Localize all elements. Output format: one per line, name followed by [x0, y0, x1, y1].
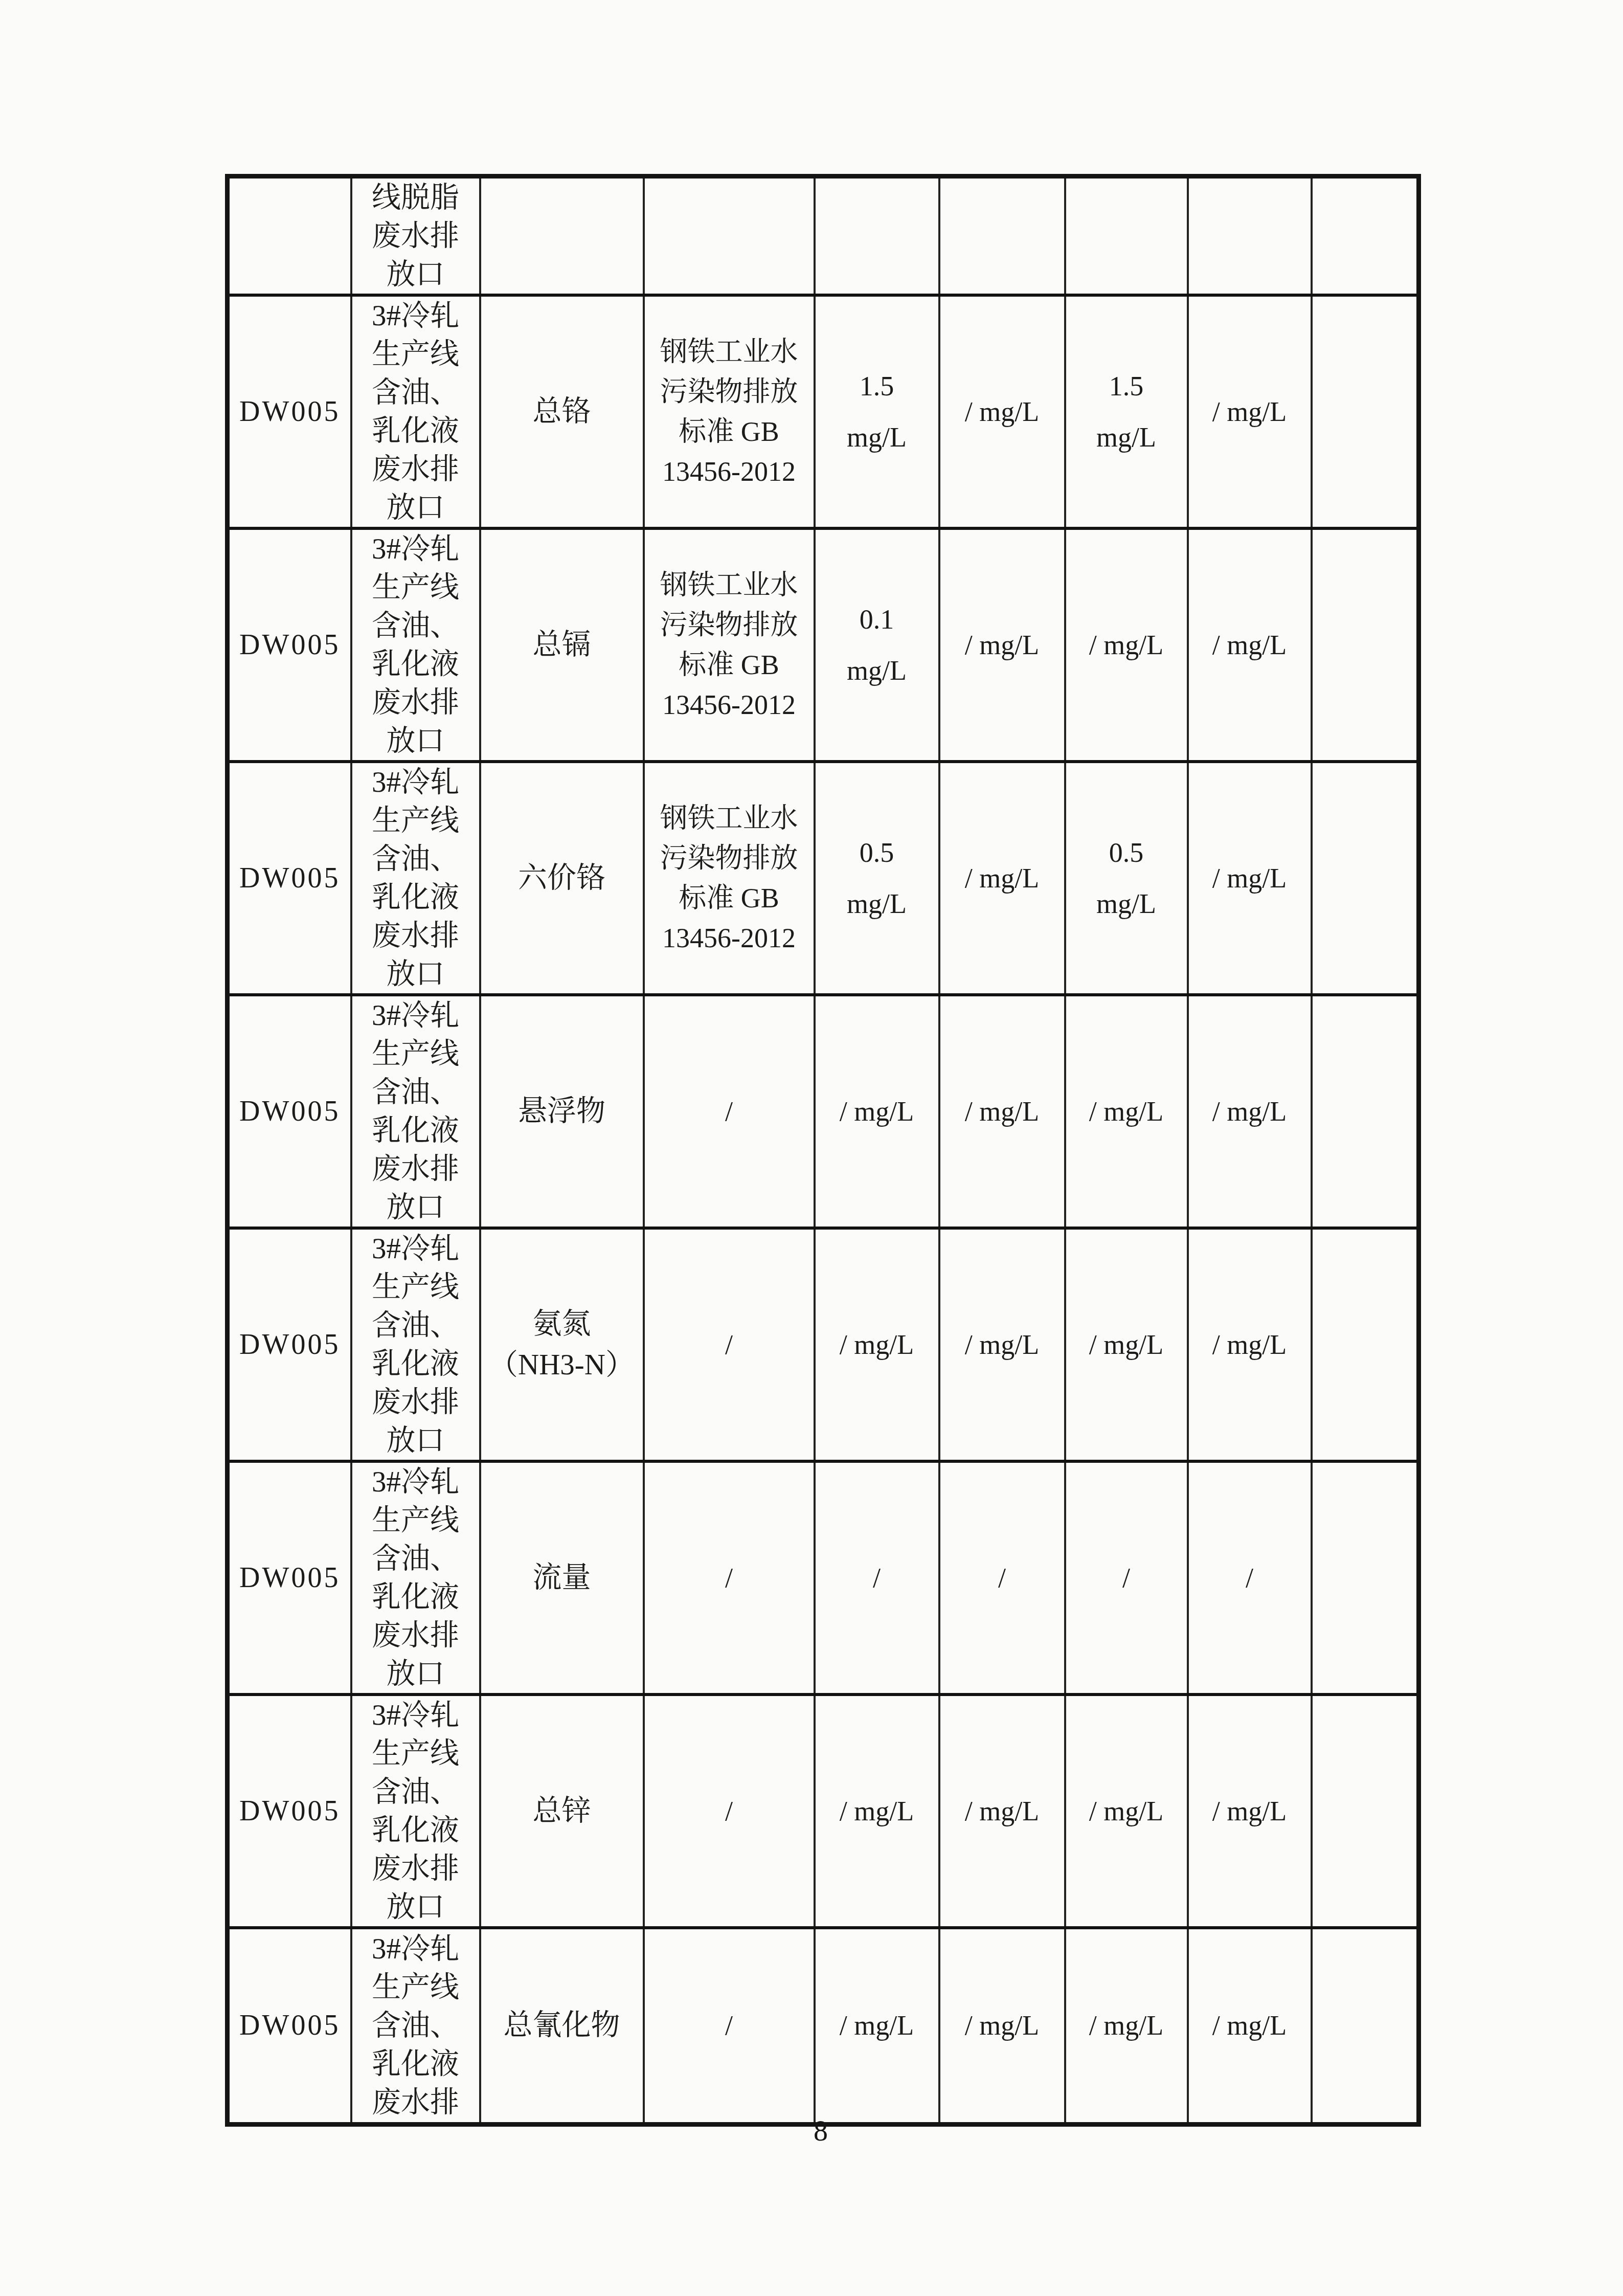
- outlet-code-cell: DW005: [228, 1461, 351, 1695]
- limit-value-cell: 0.5 mg/L: [1065, 762, 1188, 995]
- document-page: 线脱脂 废水排 放口 DW005 3#冷轧 生产线 含油、 乳化液 废水排 放口…: [0, 0, 1623, 2296]
- limit-value-cell: / mg/L: [1188, 1695, 1312, 1928]
- limit-value-cell: / mg/L: [815, 1695, 939, 1928]
- limit-value-cell: / mg/L: [815, 1228, 939, 1461]
- pollutant-cell: [480, 176, 644, 296]
- limit-value-cell: / mg/L: [1188, 295, 1312, 528]
- outlet-name-cell: 3#冷轧 生产线 含油、 乳化液 废水排 放口: [351, 995, 480, 1228]
- empty-cell: [1312, 1695, 1419, 1928]
- limit-value-cell: / mg/L: [1065, 528, 1188, 762]
- pollutant-cell: 总镉: [480, 528, 644, 762]
- table-row: DW005 3#冷轧 生产线 含油、 乳化液 废水排 放口 氨氮 （NH3-N）…: [228, 1228, 1419, 1461]
- outlet-name-cell: 3#冷轧 生产线 含油、 乳化液 废水排 放口: [351, 762, 480, 995]
- limit-value-cell: /: [939, 1461, 1065, 1695]
- standard-cell: 钢铁工业水 污染物排放 标准 GB 13456-2012: [644, 295, 815, 528]
- outlet-name-cell: 3#冷轧 生产线 含油、 乳化液 废水排 放口: [351, 1228, 480, 1461]
- empty-cell: [1312, 995, 1419, 1228]
- limit-value-cell: / mg/L: [1188, 1228, 1312, 1461]
- limit-value-cell: /: [815, 1461, 939, 1695]
- limit-value-cell: / mg/L: [939, 995, 1065, 1228]
- table-row: DW005 3#冷轧 生产线 含油、 乳化液 废水排 放口 流量 / / / /…: [228, 1461, 1419, 1695]
- limit-value-cell: 0.1 mg/L: [815, 528, 939, 762]
- limit-value-cell: / mg/L: [939, 295, 1065, 528]
- limit-value-cell: / mg/L: [1188, 1928, 1312, 2124]
- outlet-name-cell: 3#冷轧 生产线 含油、 乳化液 废水排 放口: [351, 1461, 480, 1695]
- standard-cell: /: [644, 1461, 815, 1695]
- limit-value-cell: / mg/L: [939, 1228, 1065, 1461]
- limit-value-cell: / mg/L: [1188, 995, 1312, 1228]
- limit-value-cell: / mg/L: [939, 762, 1065, 995]
- outlet-name-cell: 线脱脂 废水排 放口: [351, 176, 480, 296]
- limit-value-cell: / mg/L: [815, 995, 939, 1228]
- outlet-code-cell: DW005: [228, 762, 351, 995]
- table-row: DW005 3#冷轧 生产线 含油、 乳化液 废水排 放口 总锌 / / mg/…: [228, 1695, 1419, 1928]
- empty-cell: [1312, 1928, 1419, 2124]
- limit-value-cell: [815, 176, 939, 296]
- limit-value-cell: 1.5 mg/L: [815, 295, 939, 528]
- outlet-name-cell: 3#冷轧 生产线 含油、 乳化液 废水排 放口: [351, 295, 480, 528]
- standard-cell: [644, 176, 815, 296]
- limit-value-cell: / mg/L: [1065, 1928, 1188, 2124]
- standard-cell: 钢铁工业水 污染物排放 标准 GB 13456-2012: [644, 528, 815, 762]
- outlet-code-cell: [228, 176, 351, 296]
- table-row: DW005 3#冷轧 生产线 含油、 乳化液 废水排 放口 总铬 钢铁工业水 污…: [228, 295, 1419, 528]
- table-row: DW005 3#冷轧 生产线 含油、 乳化液 废水排 总氰化物 / / mg/L…: [228, 1928, 1419, 2124]
- limit-value-cell: / mg/L: [1065, 1695, 1188, 1928]
- limit-value-cell: / mg/L: [939, 528, 1065, 762]
- empty-cell: [1312, 528, 1419, 762]
- standard-cell: /: [644, 1695, 815, 1928]
- standard-cell: /: [644, 1928, 815, 2124]
- limit-value-cell: / mg/L: [1188, 528, 1312, 762]
- limit-value-cell: / mg/L: [939, 1928, 1065, 2124]
- limit-value-cell: 0.5 mg/L: [815, 762, 939, 995]
- monitoring-table: 线脱脂 废水排 放口 DW005 3#冷轧 生产线 含油、 乳化液 废水排 放口…: [225, 174, 1421, 2127]
- table-row-continued: 线脱脂 废水排 放口: [228, 176, 1419, 296]
- standard-cell: /: [644, 1228, 815, 1461]
- limit-value-cell: [1065, 176, 1188, 296]
- outlet-code-cell: DW005: [228, 1228, 351, 1461]
- limit-value-cell: /: [1065, 1461, 1188, 1695]
- empty-cell: [1312, 1461, 1419, 1695]
- outlet-name-cell: 3#冷轧 生产线 含油、 乳化液 废水排 放口: [351, 528, 480, 762]
- pollutant-cell: 总氰化物: [480, 1928, 644, 2124]
- table-row: DW005 3#冷轧 生产线 含油、 乳化液 废水排 放口 六价铬 钢铁工业水 …: [228, 762, 1419, 995]
- outlet-code-cell: DW005: [228, 1695, 351, 1928]
- pollutant-cell: 总锌: [480, 1695, 644, 1928]
- outlet-code-cell: DW005: [228, 995, 351, 1228]
- pollutant-cell: 六价铬: [480, 762, 644, 995]
- limit-value-cell: 1.5 mg/L: [1065, 295, 1188, 528]
- limit-value-cell: [939, 176, 1065, 296]
- table-row: DW005 3#冷轧 生产线 含油、 乳化液 废水排 放口 总镉 钢铁工业水 污…: [228, 528, 1419, 762]
- standard-cell: /: [644, 995, 815, 1228]
- pollutant-cell: 总铬: [480, 295, 644, 528]
- empty-cell: [1312, 1228, 1419, 1461]
- limit-value-cell: / mg/L: [1065, 995, 1188, 1228]
- limit-value-cell: / mg/L: [939, 1695, 1065, 1928]
- limit-value-cell: /: [1188, 1461, 1312, 1695]
- limit-value-cell: / mg/L: [1188, 762, 1312, 995]
- limit-value-cell: [1188, 176, 1312, 296]
- table-row: DW005 3#冷轧 生产线 含油、 乳化液 废水排 放口 悬浮物 / / mg…: [228, 995, 1419, 1228]
- page-number: 8: [790, 2115, 851, 2148]
- outlet-code-cell: DW005: [228, 528, 351, 762]
- standard-cell: 钢铁工业水 污染物排放 标准 GB 13456-2012: [644, 762, 815, 995]
- outlet-code-cell: DW005: [228, 1928, 351, 2124]
- outlet-name-cell: 3#冷轧 生产线 含油、 乳化液 废水排: [351, 1928, 480, 2124]
- outlet-name-cell: 3#冷轧 生产线 含油、 乳化液 废水排 放口: [351, 1695, 480, 1928]
- empty-cell: [1312, 295, 1419, 528]
- pollutant-cell: 悬浮物: [480, 995, 644, 1228]
- empty-cell: [1312, 762, 1419, 995]
- limit-value-cell: / mg/L: [815, 1928, 939, 2124]
- outlet-code-cell: DW005: [228, 295, 351, 528]
- empty-cell: [1312, 176, 1419, 296]
- pollutant-cell: 氨氮 （NH3-N）: [480, 1228, 644, 1461]
- limit-value-cell: / mg/L: [1065, 1228, 1188, 1461]
- pollutant-cell: 流量: [480, 1461, 644, 1695]
